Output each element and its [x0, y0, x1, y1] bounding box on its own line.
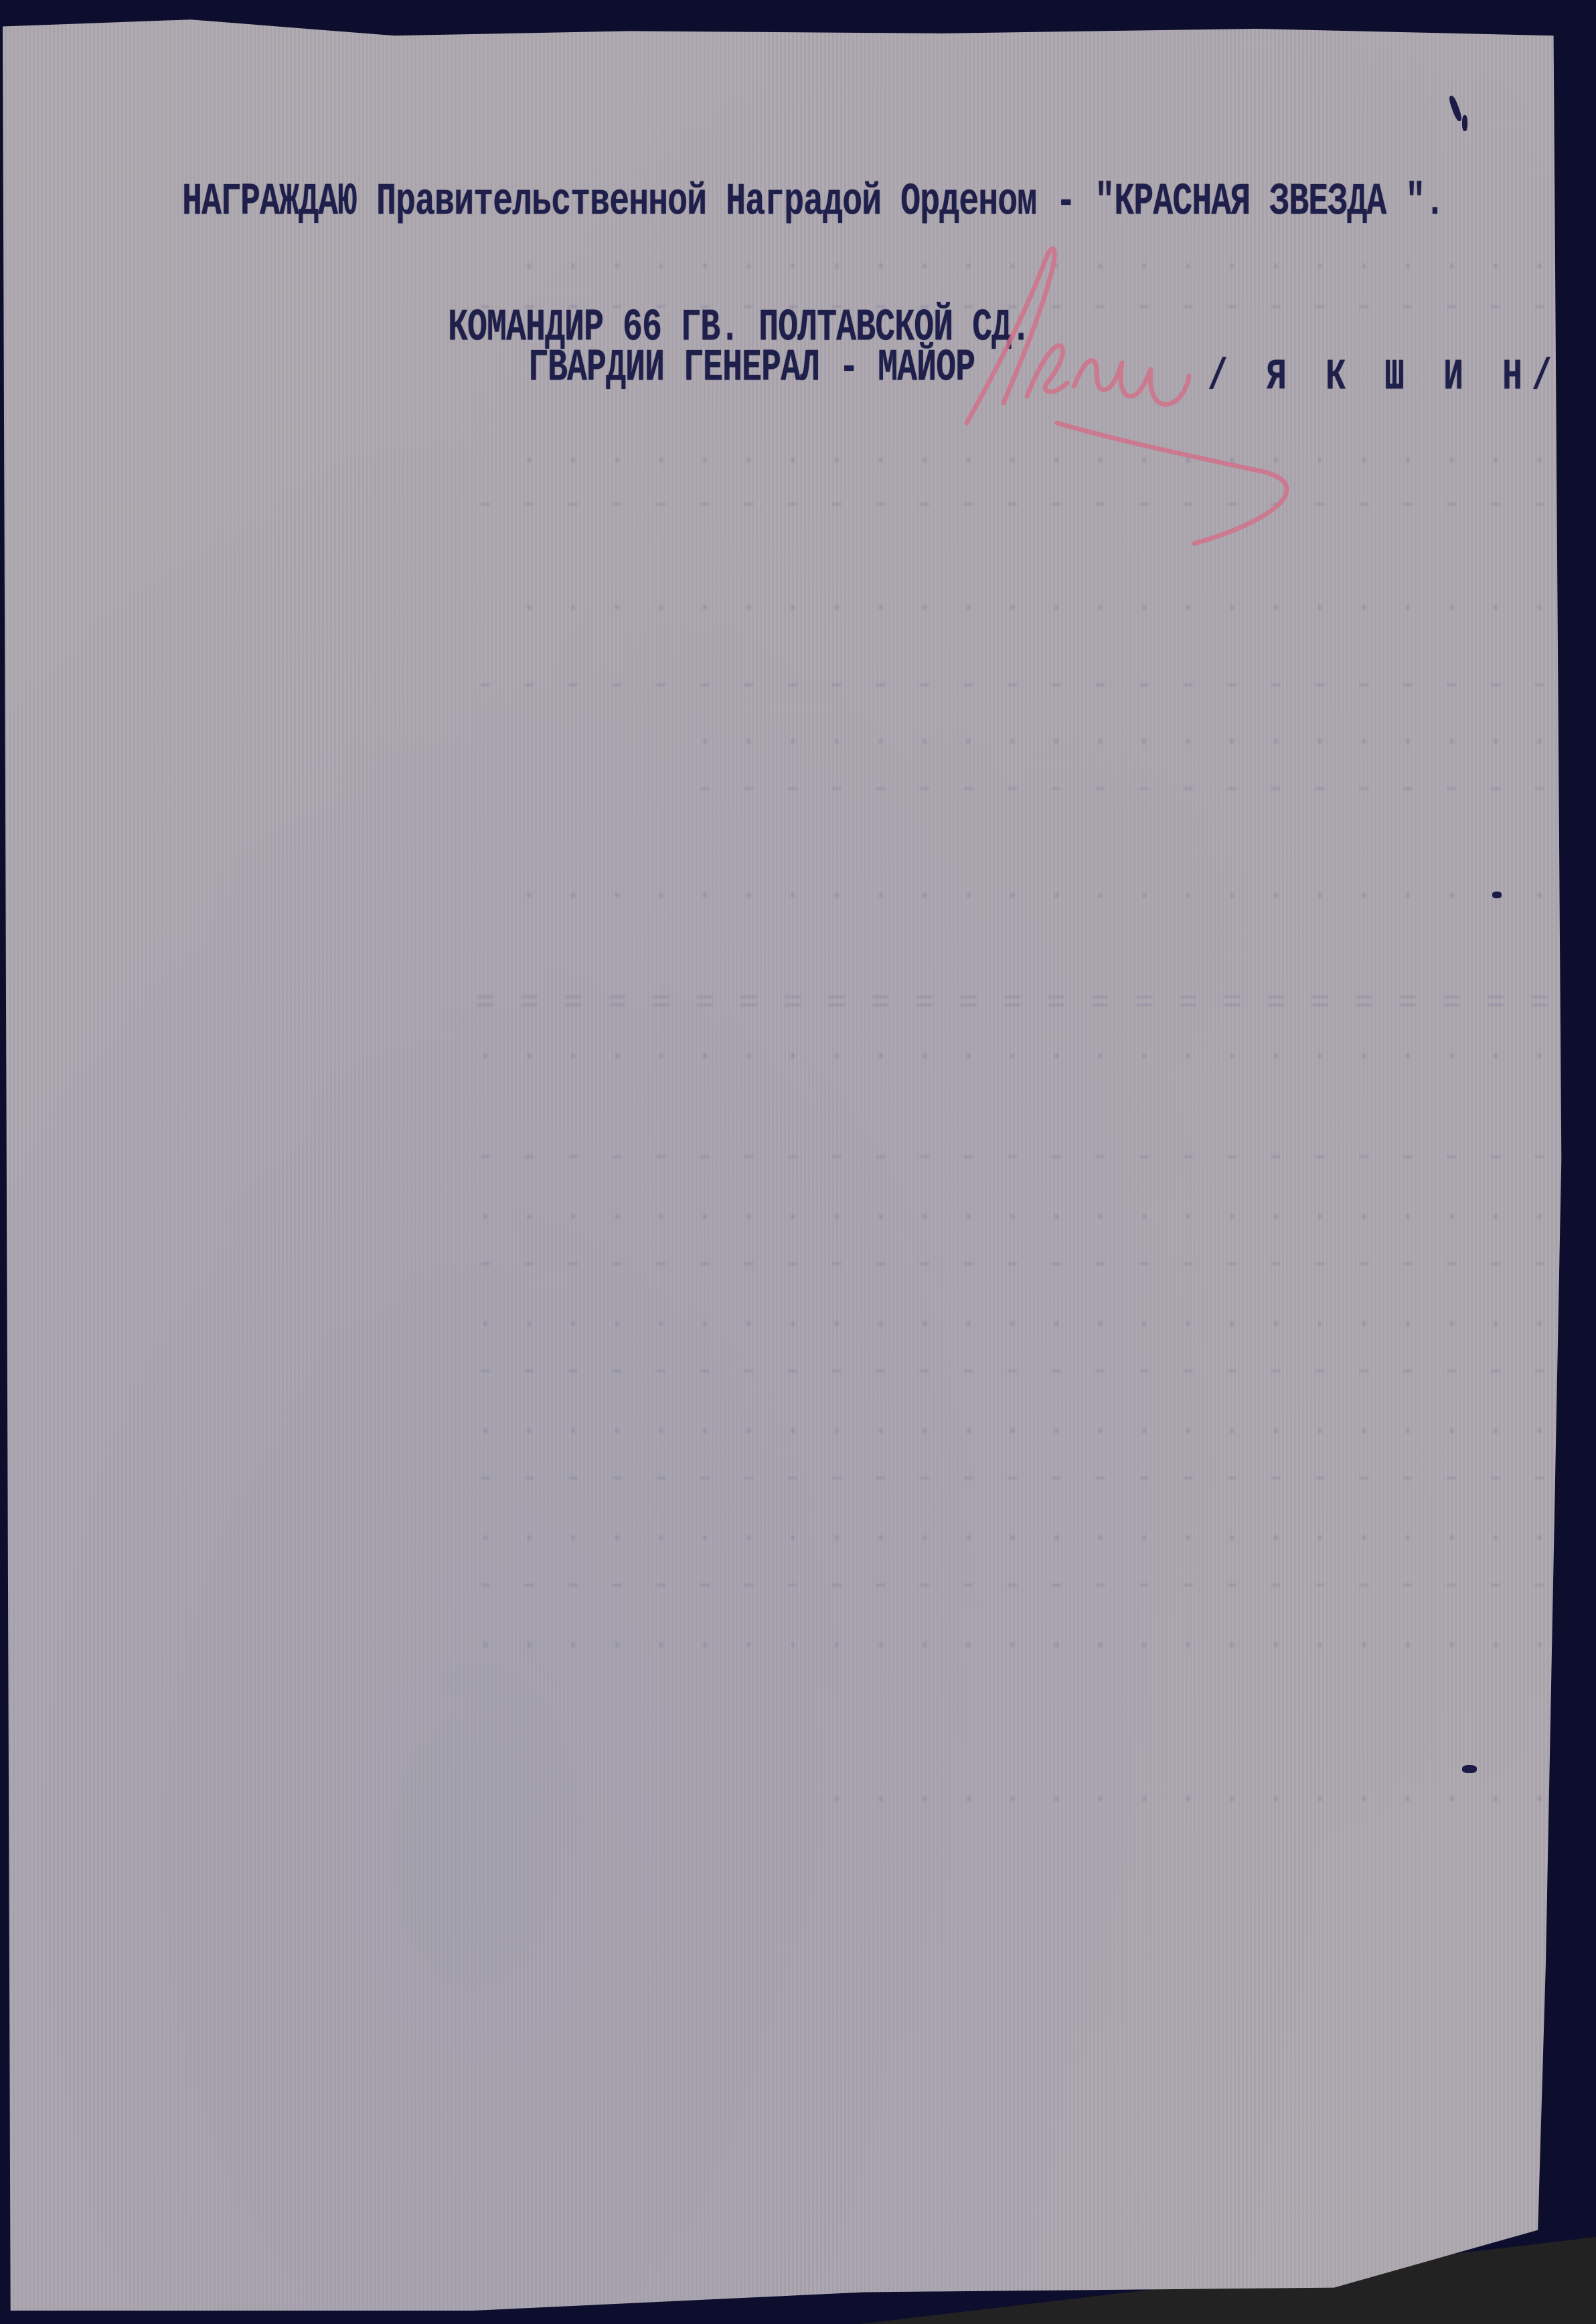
- ink-speck: [1492, 892, 1502, 898]
- document-page: . . . . . . . . . . . . . . . . . . . . …: [3, 8, 1569, 2311]
- ink-speck: [1447, 94, 1463, 122]
- ink-speck: [1462, 115, 1467, 131]
- award-statement: НАГРАЖДАЮ Правительственной Наградой Орд…: [182, 177, 1444, 228]
- commander-title-line2: ГВАРДИИ ГЕНЕРАЛ - МАЙОР: [528, 343, 975, 394]
- ink-speck: [1462, 1765, 1477, 1773]
- red-signature: [940, 229, 1475, 577]
